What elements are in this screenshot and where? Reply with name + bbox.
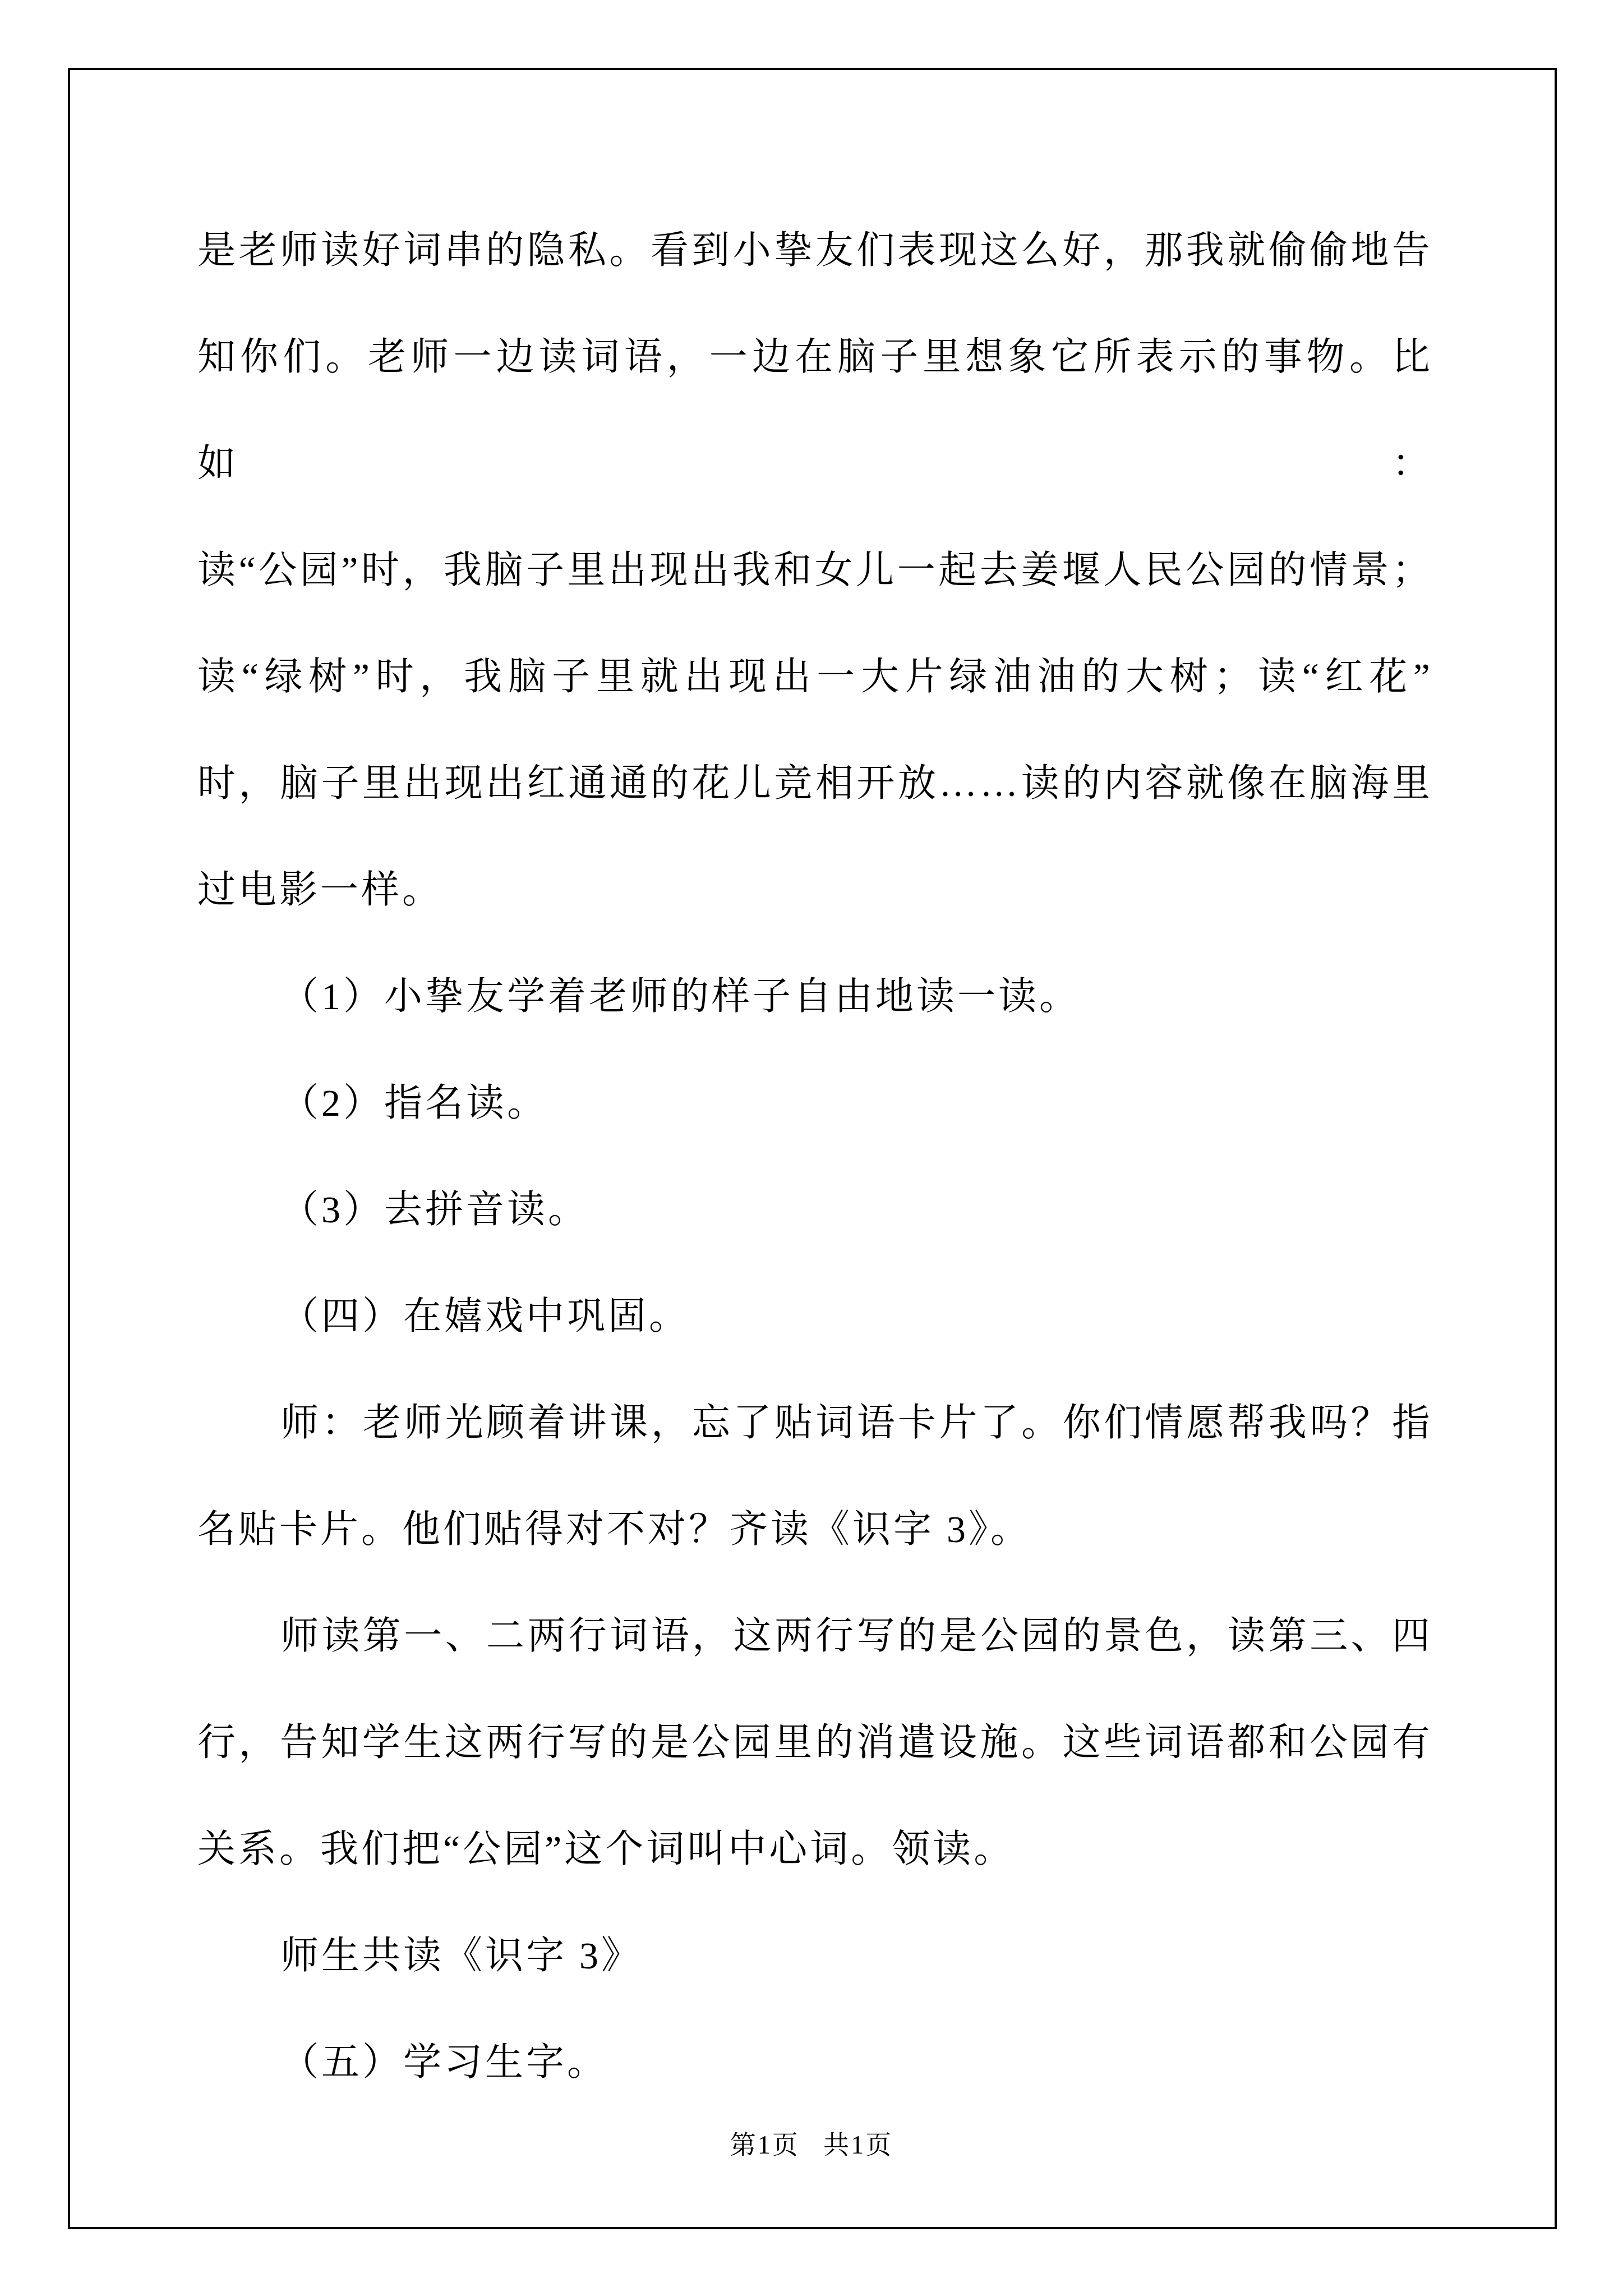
- paragraph-line: 师生共读《识字 3》: [197, 1902, 1433, 2009]
- paragraph-line: 师：老师光顾着讲课，忘了贴词语卡片了。你们情愿帮我吗？指: [197, 1369, 1433, 1476]
- paragraph-line: 读“绿树”时，我脑子里就出现出一大片绿油油的大树；读“红花”: [197, 623, 1433, 730]
- page-number-footer: 第1页 共1页: [0, 2131, 1623, 2160]
- numbered-item-line: （四）在嬉戏中巩固。: [197, 1263, 1433, 1369]
- paragraph-line: 读“公园”时，我脑子里出现出我和女儿一起去姜堰人民公园的情景；: [197, 517, 1433, 623]
- paragraph-line: 知你们。老师一边读词语，一边在脑子里想象它所表示的事物。比如：: [197, 303, 1433, 517]
- paragraph-line: 过电影一样。: [197, 836, 1433, 943]
- numbered-item-line: （1）小挚友学着老师的样子自由地读一读。: [197, 943, 1433, 1050]
- section-heading-line: （五）学习生字。: [197, 2009, 1433, 2115]
- numbered-item-line: （2）指名读。: [197, 1050, 1433, 1156]
- paragraph-line: 关系。我们把“公园”这个词叫中心词。领读。: [197, 1796, 1433, 1902]
- document-page: 是老师读好词串的隐私。看到小挚友们表现这么好，那我就偷偷地告 知你们。老师一边读…: [0, 0, 1623, 2296]
- paragraph-line: 名贴卡片。他们贴得对不对？齐读《识字 3》。: [197, 1476, 1433, 1582]
- numbered-item-line: （3）去拼音读。: [197, 1156, 1433, 1263]
- paragraph-line: 师读第一、二两行词语，这两行写的是公园的景色，读第三、四: [197, 1582, 1433, 1689]
- paragraph-line: 行，告知学生这两行写的是公园里的消遣设施。这些词语都和公园有: [197, 1689, 1433, 1796]
- document-body: 是老师读好词串的隐私。看到小挚友们表现这么好，那我就偷偷地告 知你们。老师一边读…: [197, 197, 1433, 2115]
- paragraph-line: 时，脑子里出现出红通通的花儿竞相开放……读的内容就像在脑海里: [197, 730, 1433, 836]
- paragraph-line: 是老师读好词串的隐私。看到小挚友们表现这么好，那我就偷偷地告: [197, 197, 1433, 303]
